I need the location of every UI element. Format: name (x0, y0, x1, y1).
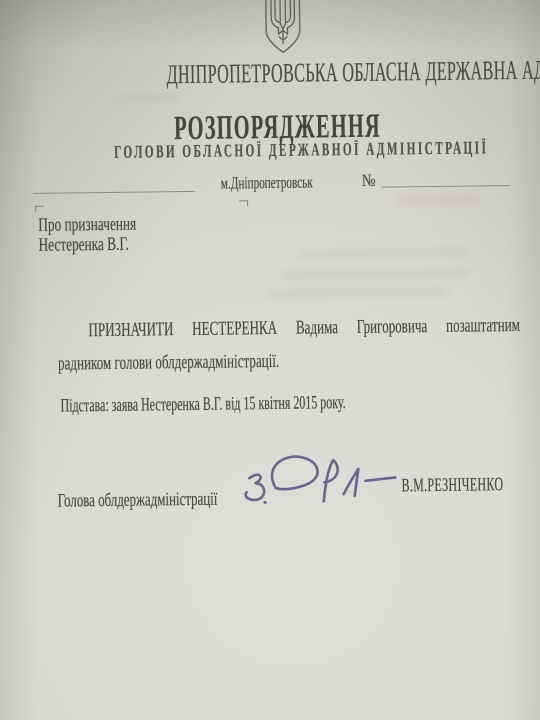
subject-line-2: Нестеренка В.Г. (38, 234, 178, 255)
ink-smudge (396, 194, 481, 206)
number-label: № (362, 171, 378, 191)
tryzub-coat-of-arms-icon (263, 0, 302, 55)
org-name: ДНІПРОПЕТРОВСЬКА ОБЛАСНА ДЕРЖАВНА АДМІНІ… (4, 55, 540, 93)
number-blank-line (382, 168, 510, 188)
bleed-through-smudge (299, 248, 467, 259)
corner-mark-left (35, 206, 44, 212)
paper-sheet: ДНІПРОПЕТРОВСЬКА ОБЛАСНА ДЕРЖАВНА АДМІНІ… (0, 0, 540, 720)
body-paragraph: ПРИЗНАЧИТИ НЕСТЕРЕНКА Вадима Григоровича… (57, 309, 520, 381)
signature-scribble (237, 448, 400, 514)
basis-line: Підстава: заява Нестеренка В.Г. від 15 к… (60, 390, 513, 418)
date-blank-line (33, 174, 195, 194)
subject-line-1: Про призначення (38, 214, 178, 235)
body-line-2: радником голови облдержадміністрації. (58, 342, 521, 381)
subject-block: Про призначення Нестеренка В.Г. (38, 214, 178, 255)
doc-subtitle-text: ГОЛОВИ ОБЛАСНОЇ ДЕРЖАВНОЇ АДМІНІСТРАЦІЇ (114, 137, 488, 163)
bleed-through-smudge (267, 287, 449, 298)
bleed-through-smudge (117, 94, 179, 103)
corner-mark-right (239, 200, 248, 206)
bleed-through-smudge (281, 269, 469, 280)
org-name-text: ДНІПРОПЕТРОВСЬКА ОБЛАСНА ДЕРЖАВНА АДМІНІ… (166, 53, 540, 90)
place-label: м.Дніпропетровськ (221, 172, 361, 194)
body-line-1: ПРИЗНАЧИТИ НЕСТЕРЕНКА Вадима Григоровича… (57, 309, 520, 348)
signer-name: В.М.РЕЗНІЧЕНКО (401, 473, 540, 497)
